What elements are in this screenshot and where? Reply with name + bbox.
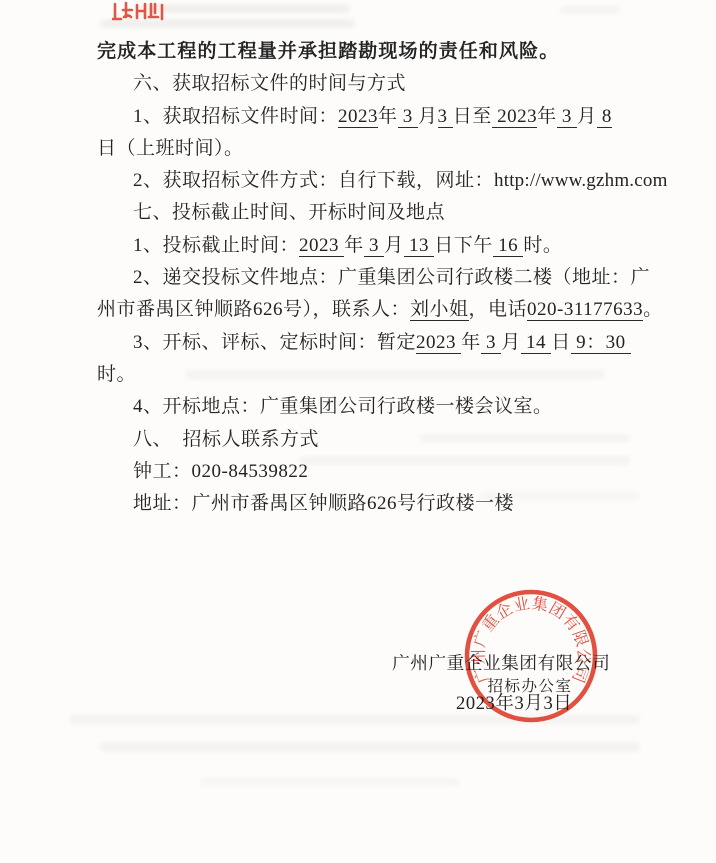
document-line: 钟工：020-84539822 [97,456,645,488]
text-segment: 月 [384,235,404,256]
filled-blank-value: 2023 [492,106,537,128]
filled-blank-value: 16 [493,235,524,257]
scanned-document-page: 完成本工程的工程量并承担踏勘现场的责任和风险。六、获取招标文件的时间与方式1、获… [0,0,716,863]
text-segment: 年 [344,235,364,256]
text-segment: ，电话 [469,299,528,320]
filled-blank-value: 3 [557,106,578,128]
filled-blank-value: 2023 [299,235,344,257]
text-segment: 地址：广州市番禺区钟顺路626号行政楼一楼 [133,493,514,514]
signature-company: 广州广重企业集团有限公司 [392,650,610,675]
text-segment: 时。 [523,235,562,256]
filled-blank-value: 3 [438,106,453,128]
text-segment: 时。 [97,364,136,385]
bleed-mark [100,742,640,752]
document-line: 1、获取招标文件时间：2023年 3 月3 日至 2023年 3 月 8 [97,101,645,133]
filled-blank-value: 2023 [416,332,461,354]
text-segment: 1、获取招标文件时间： [133,106,338,127]
text-segment: 日下午 [434,235,493,256]
document-line: 州市番禺区钟顺路626号），联系人：刘小姐，电话020-31177633。 [97,294,645,326]
text-segment: 月 [501,332,521,353]
document-line: 2、递交投标文件地点：广重集团公司行政楼二楼（地址：广 [97,262,645,294]
text-segment: 2、获取招标文件方式：自行下载，网址： [133,170,494,191]
text-segment: http://www.gzhm.com [494,170,668,191]
filled-blank-value: 2023 [338,106,378,128]
text-segment: 完成本工程的工程量并承担踏勘现场的责任和风险。 [97,41,559,62]
text-segment: 年 [537,106,557,127]
filled-blank-value: 8 [597,106,612,128]
document-line: 2、获取招标文件方式：自行下载，网址：http://www.gzhm.com [97,165,645,197]
document-line: 地址：广州市番禺区钟顺路626号行政楼一楼 [97,488,645,520]
stamp-fragment-icon [112,1,166,23]
text-segment: 六、获取招标文件的时间与方式 [133,73,406,94]
text-segment: 钟工：020-84539822 [133,461,308,482]
signature-date: 2023年3月3日 [456,689,572,715]
filled-blank-value: 020-31177633 [527,299,643,321]
text-segment: 3、开标、评标、定标时间：暂定 [133,332,416,353]
document-line: 六、获取招标文件的时间与方式 [97,68,645,100]
filled-blank-value: 13 [404,235,435,257]
document-line: 八、 招标人联系方式 [97,424,645,456]
text-segment: 4、开标地点：广重集团公司行政楼一楼会议室。 [133,396,553,417]
filled-blank-value: 3 [398,106,419,128]
text-segment: 日 [551,332,571,353]
bleed-mark [200,778,460,786]
text-segment: 月 [418,106,438,127]
text-segment: 月 [577,106,597,127]
text-segment: 年 [378,106,398,127]
text-segment: 七、投标截止时间、开标时间及地点 [133,202,445,223]
document-line: 七、投标截止时间、开标时间及地点 [97,197,645,229]
filled-blank-value: 3 [481,332,502,354]
text-segment: 日至 [453,106,492,127]
document-line: 3、开标、评标、定标时间：暂定2023 年 3 月 14 日 9：30 [97,327,645,359]
text-segment: 州市番禺区钟顺路626号），联系人： [97,299,410,320]
bleed-mark [560,6,620,14]
document-body: 完成本工程的工程量并承担踏勘现场的责任和风险。六、获取招标文件的时间与方式1、获… [97,36,645,520]
document-line: 1、投标截止时间：2023 年 3 月 13 日下午 16 时。 [97,230,645,262]
text-segment: 八、 招标人联系方式 [133,429,319,450]
document-line: 完成本工程的工程量并承担踏勘现场的责任和风险。 [97,36,645,68]
document-line: 日（上班时间）。 [97,133,645,165]
text-segment: 2、递交投标文件地点：广重集团公司行政楼二楼（地址：广 [133,267,650,288]
text-segment: 。 [643,299,663,320]
document-line: 4、开标地点：广重集团公司行政楼一楼会议室。 [97,391,645,423]
filled-blank-value: 9：30 [571,332,631,354]
text-segment: 1、投标截止时间： [133,235,299,256]
filled-blank-value: 3 [364,235,385,257]
text-segment: 日（上班时间）。 [97,138,244,159]
filled-blank-value: 刘小姐 [410,299,469,321]
text-segment: 年 [461,332,481,353]
document-line: 时。 [97,359,645,391]
filled-blank-value: 14 [521,332,552,354]
bleed-mark [140,4,350,13]
